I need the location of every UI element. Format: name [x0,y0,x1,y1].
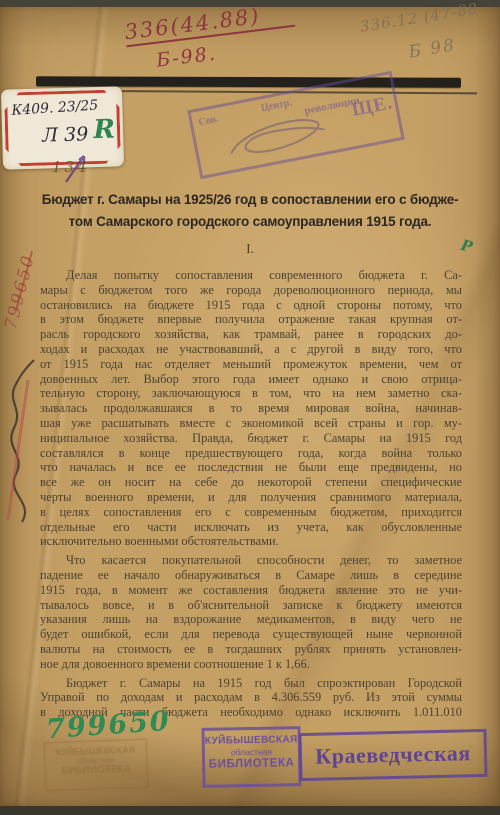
text-line: будет ошибкой, если для перевода существ… [40,627,462,642]
text-line: составлялся в конце предшествующего года… [40,446,462,461]
text-line: ходах и расходах не участвовавший, а с д… [40,342,462,357]
ghost-stamp-line3: БИБЛИОТЕКА [46,763,146,777]
regional-library-stamp: КУЙБЫШЕВСКАЯ областная БИБЛИОТЕКА [201,726,301,788]
ghost-library-stamp: КУЙБЫШЕВСКАЯ областная БИБЛИОТЕКА [43,738,149,792]
text-line: в этом бюджете впервые получила отражени… [40,312,462,327]
text-line: отдельные его части исключать из учета, … [40,520,462,535]
local-history-stamp-label: Краеведческая [315,740,471,770]
text-line: указания лишь на вздорожание медикаменто… [40,612,462,627]
text-line: расль городского хозяйства, как трамвай,… [40,327,462,342]
document-title-line2: том Самарского городского самоуправления… [37,211,463,233]
text-line: что началась и все ее последствия не был… [40,460,462,475]
text-line: остановились на бюджете 1915 года с одно… [40,298,462,313]
text-line: валюты на стоимость ее в тогдашних рубля… [40,642,462,657]
local-history-stamp: Краеведческая [298,729,487,781]
paragraph: Делая попытку сопоставления современного… [40,268,462,549]
paragraph: Что касается покупательной способности д… [40,553,462,671]
library-label-author-mark: Л 39 [42,123,89,146]
text-line: довоенных лет. Выбор этого года имеет од… [40,372,462,387]
text-line: мары с бюджетом того же города дореволюц… [40,283,462,298]
document-title: Бюджет г. Самары на 1925/26 год в сопост… [37,189,463,233]
library-stamp-line1: КУЙБЫШЕВСКАЯ [205,734,298,747]
margin-scrawl [0,352,40,530]
document-title-line1: Бюджет г. Самары на 1925/26 год в сопост… [37,189,463,211]
text-line: в целях сопоставления его с современным … [40,505,462,520]
text-line: Делая попытку сопоставления современного… [40,268,462,283]
library-stamp-line2: областная [205,746,298,758]
library-label-letter: R [93,115,115,146]
library-stamp-line3: БИБЛИОТЕКА [205,757,298,771]
text-line: ниципальное хозяйства. Правда, бюджет г.… [40,431,462,446]
crossed-page-number: 134 [52,158,122,176]
text-line: падение ее начало обнаруживаться в Самар… [40,568,462,583]
text-line: Бюджет г. Самары на 1915 год был спроэкт… [40,676,462,691]
text-line: Что касается покупательной способности д… [40,553,462,568]
purple-cross-mark [60,150,100,186]
text-line: ное для довоенного времени соотношение 1… [40,657,462,672]
scanned-page: 336(44.88) Б-98. 336.12 (47-88 Б 98 К409… [0,0,500,815]
text-line: от 1915 года нас отделяет меньший промеж… [40,357,462,372]
text-line: шая уже расшатывать вместе с экономикой … [40,416,462,431]
text-line: тельную сторону, заключающуюся в том, чт… [40,386,462,401]
text-line: исключительно военными обстоятельствами. [40,534,462,549]
text-line: зывалась продолжавшаяся в то время миров… [40,401,462,416]
text-line: черты военного времени, и для получения … [40,490,462,505]
text-line: Управой по доходам и расходам в 4.306.55… [40,690,462,705]
text-line: тывалось вовсе, и в об'яснительной запис… [40,598,462,613]
section-heading: I. [37,241,463,257]
body-text: Делая попытку сопоставления современного… [40,268,462,724]
text-line: все же он носит на себе до некоторой сте… [40,475,462,490]
scan-edge-bottom [0,806,500,815]
text-line: 1915 года, в момент же составления бюдже… [40,583,462,598]
